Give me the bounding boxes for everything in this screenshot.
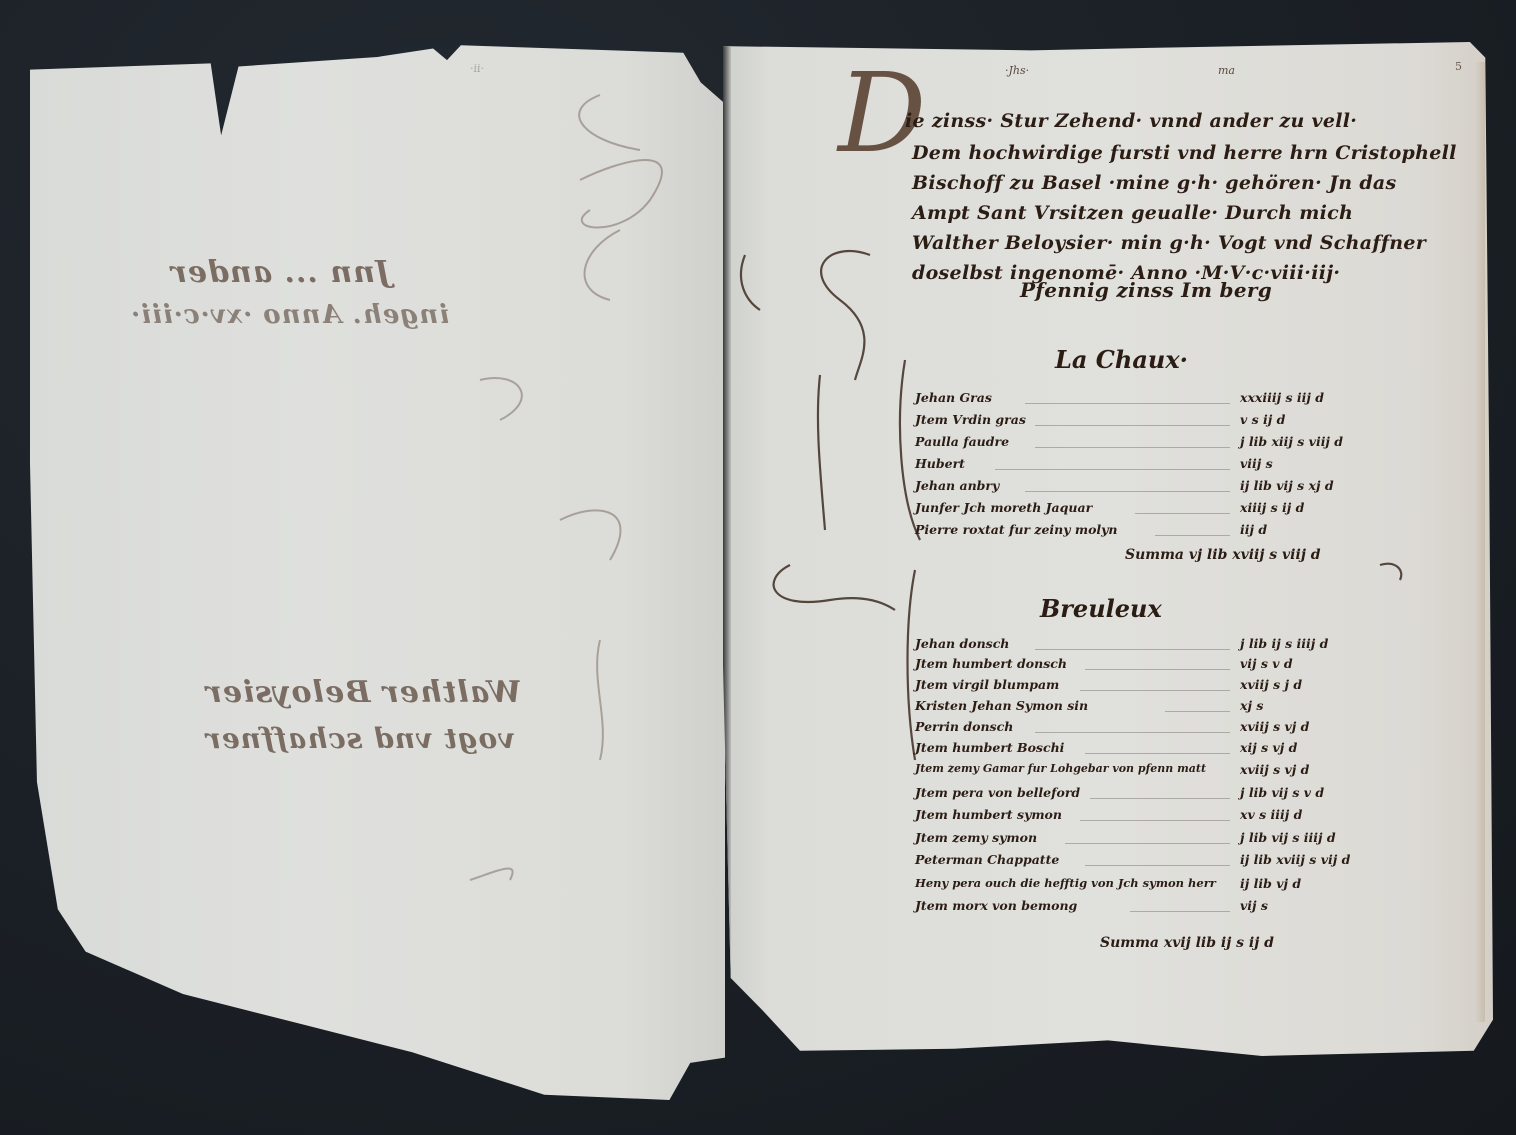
- entry-amount: j lib vij s iiij d: [1240, 830, 1336, 845]
- ruled-line: [1080, 820, 1230, 821]
- heading-line-4: Ampt Sant Vrsitzen geualle· Durch mich: [912, 202, 1353, 224]
- ruled-line: [1085, 865, 1230, 866]
- entry-row: Jtem humbert donsch vij s v d: [915, 656, 1385, 678]
- ruled-line: [1080, 690, 1230, 691]
- entry-name: Paulla faudre: [915, 434, 1009, 449]
- heading-line-1: ie zinss· Stur Zehend· vnnd ander zu vel…: [905, 110, 1357, 132]
- entry-amount: xxxiiij s iij d: [1240, 390, 1324, 405]
- summa-breuleux: Summa xvij lib ij s ij d: [1100, 935, 1274, 951]
- entry-amount: v s ij d: [1240, 412, 1285, 427]
- ruled-line: [995, 469, 1230, 470]
- entry-name: Kristen Jehan Symon sin: [915, 698, 1088, 713]
- entry-amount: ij lib xviij s vij d: [1240, 852, 1350, 867]
- entry-name: Jtem pera von belleford: [915, 785, 1080, 800]
- ruled-line: [1025, 491, 1230, 492]
- entry-name: Jtem zemy Gamar fur Lohgebar von pfenn m…: [915, 762, 1206, 775]
- entry-name: Perrin donsch: [915, 719, 1013, 734]
- entry-amount: xij s vj d: [1240, 740, 1297, 755]
- entry-row: Peterman Chappatte ij lib xviij s vij d: [915, 852, 1385, 874]
- entry-amount: xj s: [1240, 698, 1263, 713]
- section-title-la-chaux: La Chaux·: [1055, 345, 1188, 374]
- entry-amount: vij s: [1240, 898, 1268, 913]
- heading-line-2: Dem hochwirdige fursti vnd herre hrn Cri…: [912, 142, 1457, 164]
- entry-row: Heny pera ouch die hefftig von Jch symon…: [915, 876, 1385, 898]
- ruled-line: [1035, 732, 1230, 733]
- ruled-line: [1065, 843, 1230, 844]
- bleed-through-line-4: vogt vnd schaffner: [205, 722, 514, 755]
- entry-amount: j lib vij s v d: [1240, 785, 1324, 800]
- entry-row: Junfer Jch moreth Jaquar xiiij s ij d: [915, 500, 1385, 522]
- entry-amount: xviij s vj d: [1240, 762, 1309, 777]
- entry-name: Jtem humbert Boschi: [915, 740, 1064, 755]
- entry-amount: ij lib vij s xj d: [1240, 478, 1334, 493]
- bleed-through-line-3: Walther Beloysier: [205, 675, 521, 710]
- entry-row: Jehan anbry ij lib vij s xj d: [915, 478, 1385, 500]
- ruled-line: [1025, 403, 1230, 404]
- folio-number: 5: [1455, 60, 1462, 73]
- entry-amount: iij d: [1240, 522, 1267, 537]
- entry-amount: vij s v d: [1240, 656, 1293, 671]
- entry-row: Jehan Gras xxxiiij s iij d: [915, 390, 1385, 412]
- ruled-line: [1165, 711, 1230, 712]
- entry-name: Peterman Chappatte: [915, 852, 1059, 867]
- entry-amount: xviij s j d: [1240, 677, 1302, 692]
- ruled-line: [1035, 447, 1230, 448]
- left-page-verso: [30, 40, 725, 1100]
- catchword-center: ma: [1218, 64, 1235, 77]
- subheading: Pfennig zinss Im berg: [1020, 278, 1272, 302]
- entry-amount: j lib ij s iiij d: [1240, 636, 1328, 651]
- entry-name: Jtem morx von bemong: [915, 898, 1077, 913]
- ruled-line: [1035, 425, 1230, 426]
- ruled-line: [1135, 513, 1230, 514]
- entry-row: Jtem humbert Boschi xij s vj d: [915, 740, 1385, 762]
- ruled-line: [1090, 798, 1230, 799]
- entry-amount: xviij s vj d: [1240, 719, 1309, 734]
- entry-amount: ij lib vj d: [1240, 876, 1301, 891]
- entry-name: Jehan donsch: [915, 636, 1009, 651]
- entry-name: Pierre roxtat fur zeiny molyn: [915, 522, 1118, 537]
- entry-row: Jtem Vrdin gras v s ij d: [915, 412, 1385, 434]
- entry-row: Jtem zemy symon j lib vij s iiij d: [915, 830, 1385, 852]
- right-page-recto: [723, 42, 1493, 1082]
- bleed-through-line-2: ingeh. Anno ·xv·c·iii·: [130, 300, 449, 330]
- entry-row: Pierre roxtat fur zeiny molyn iij d: [915, 522, 1385, 544]
- entry-row: Hubert viij s: [915, 456, 1385, 478]
- ruled-line: [1085, 753, 1230, 754]
- left-page-top-mark: ·ii·: [470, 62, 484, 75]
- catchword-left: ·Jhs·: [1005, 64, 1029, 77]
- entry-row: Jtem pera von belleford j lib vij s v d: [915, 785, 1385, 807]
- ruled-line: [1130, 911, 1230, 912]
- entry-amount: xiiij s ij d: [1240, 500, 1304, 515]
- section-title-breuleux: Breuleux: [1040, 594, 1162, 623]
- entry-amount: viij s: [1240, 456, 1273, 471]
- entry-amount: xv s iiij d: [1240, 807, 1302, 822]
- entry-name: Jtem humbert donsch: [915, 656, 1067, 671]
- entry-name: Jehan anbry: [915, 478, 999, 493]
- ruled-line: [1035, 649, 1230, 650]
- entry-name: Jtem humbert symon: [915, 807, 1062, 822]
- entry-amount: j lib xiij s viij d: [1240, 434, 1343, 449]
- heading-line-3: Bischoff zu Basel ·mine g·h· gehören· Jn…: [912, 172, 1397, 194]
- entry-row: Jehan donsch j lib ij s iiij d: [915, 636, 1385, 658]
- entry-row: Paulla faudre j lib xiij s viij d: [915, 434, 1385, 456]
- entry-name: Jtem virgil blumpam: [915, 677, 1059, 692]
- entry-row: Jtem morx von bemong vij s: [915, 898, 1385, 920]
- entry-row: Jtem virgil blumpam xviij s j d: [915, 677, 1385, 699]
- heading-line-5: Walther Beloysier· min g·h· Vogt vnd Sch…: [912, 232, 1426, 254]
- entry-row: Jtem zemy Gamar fur Lohgebar von pfenn m…: [915, 762, 1385, 784]
- entry-name: Hubert: [915, 456, 965, 471]
- summa-la-chaux: Summa vj lib xviij s viij d: [1125, 547, 1321, 563]
- entry-row: Kristen Jehan Symon sin xj s: [915, 698, 1385, 720]
- entry-row: Jtem humbert symon xv s iiij d: [915, 807, 1385, 829]
- entry-name: Jtem Vrdin gras: [915, 412, 1026, 427]
- ruled-line: [1155, 535, 1230, 536]
- entry-name: Heny pera ouch die hefftig von Jch symon…: [915, 876, 1216, 890]
- entry-name: Junfer Jch moreth Jaquar: [915, 500, 1092, 515]
- entry-name: Jehan Gras: [915, 390, 992, 405]
- entry-name: Jtem zemy symon: [915, 830, 1037, 845]
- bleed-through-line-1: Jnn ... ander: [170, 255, 390, 290]
- entry-row: Perrin donsch xviij s vj d: [915, 719, 1385, 741]
- ruled-line: [1085, 669, 1230, 670]
